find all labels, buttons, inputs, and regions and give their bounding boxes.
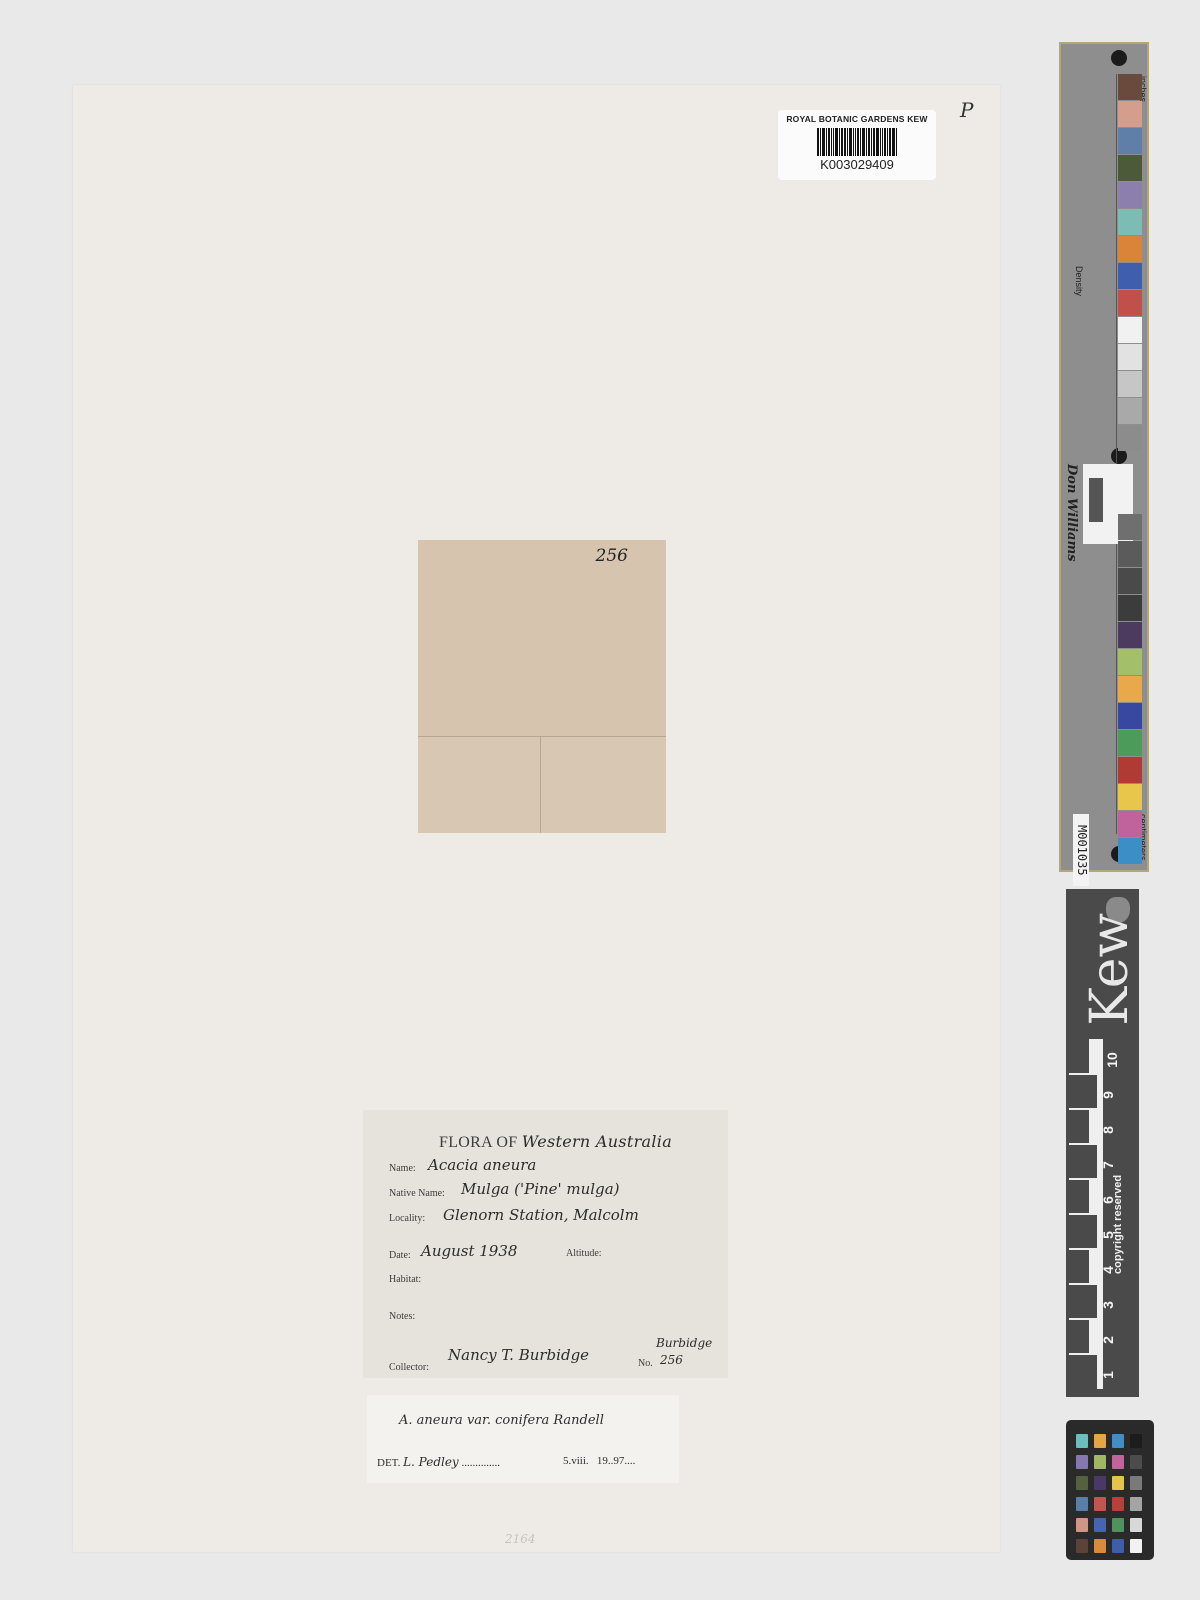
date-value: August 1938 — [421, 1242, 517, 1260]
envelope-number: 256 — [596, 546, 628, 566]
corner-mark: P — [960, 98, 973, 122]
checker-patch — [1130, 1455, 1142, 1469]
envelope-flap — [418, 540, 666, 737]
determiner-name: L. Pedley — [403, 1455, 459, 1469]
checker-patch — [1076, 1539, 1088, 1553]
cm-7: 7 — [1100, 1161, 1116, 1169]
title-printed: FLORA OF — [439, 1134, 517, 1151]
date-field-label: Date: — [389, 1250, 411, 1261]
checker-patch — [1112, 1497, 1124, 1511]
checker-patch — [1094, 1497, 1106, 1511]
native-name-field-label: Native Name: — [389, 1188, 445, 1199]
cm-3: 3 — [1100, 1301, 1116, 1309]
checker-patch — [1112, 1455, 1124, 1469]
checker-patch — [1094, 1539, 1106, 1553]
color-swatch — [1118, 236, 1142, 262]
color-swatch — [1118, 541, 1142, 567]
color-swatch — [1118, 182, 1142, 208]
color-swatch — [1118, 317, 1142, 343]
kew-scale-bar: Kew 1 2 3 4 5 6 7 8 9 10 copyright reser… — [1066, 889, 1139, 1397]
barcode-label: ROYAL BOTANIC GARDENS KEW K003029409 — [778, 110, 936, 180]
number-annotation: Burbidge — [656, 1336, 712, 1350]
checker-patch — [1076, 1497, 1088, 1511]
color-swatch — [1118, 128, 1142, 154]
collector-value: Nancy T. Burbidge — [448, 1346, 589, 1364]
color-checker-card — [1066, 1420, 1154, 1560]
color-swatch — [1118, 784, 1142, 810]
color-swatch — [1118, 398, 1142, 424]
det-day-month: 5.viii. — [563, 1455, 589, 1467]
checker-patch — [1076, 1518, 1088, 1532]
specimen-envelope: 256 — [418, 540, 666, 833]
copyright-text: copyright reserved — [1112, 1175, 1124, 1274]
color-swatch — [1118, 676, 1142, 702]
color-swatch — [1118, 74, 1142, 100]
locality-field-label: Locality: — [389, 1213, 425, 1224]
color-swatch — [1118, 730, 1142, 756]
color-swatch — [1118, 155, 1142, 181]
color-swatch — [1118, 371, 1142, 397]
collection-label: FLORA OF Western Australia Name: Acacia … — [363, 1110, 728, 1378]
name-field-label: Name: — [389, 1163, 416, 1174]
det-year: 97 — [613, 1455, 624, 1467]
color-swatch — [1118, 209, 1142, 235]
strip-brand: Don Williams — [1064, 464, 1079, 562]
color-swatch — [1118, 101, 1142, 127]
cm-9: 9 — [1100, 1091, 1116, 1099]
cm-10: 10 — [1104, 1052, 1120, 1068]
det-year-prefix: 19 — [597, 1455, 608, 1467]
checker-patch — [1076, 1476, 1088, 1490]
dotted-leader: .............. — [461, 1457, 500, 1469]
checker-patch — [1130, 1497, 1142, 1511]
cm-1: 1 — [1100, 1371, 1116, 1379]
title-region: Western Australia — [522, 1132, 672, 1151]
determination-date: 5.viii. 19..97.... — [563, 1455, 635, 1467]
habitat-field-label: Habitat: — [389, 1274, 421, 1285]
altitude-field-label: Altitude: — [566, 1248, 602, 1259]
checker-patch — [1112, 1476, 1124, 1490]
envelope-seam — [540, 736, 541, 833]
determiner-line: DET. L. Pedley .............. — [377, 1455, 500, 1469]
locality-value: Glenorn Station, Malcolm — [443, 1206, 639, 1224]
faint-pencil-number: 2164 — [505, 1532, 536, 1546]
color-swatch — [1118, 595, 1142, 621]
native-name-value: Mulga ('Pine' mulga) — [461, 1180, 620, 1198]
determined-taxon: A. aneura var. conifera Randell — [399, 1413, 604, 1428]
checker-patch — [1112, 1434, 1124, 1448]
color-swatch — [1118, 622, 1142, 648]
color-swatch — [1118, 344, 1142, 370]
density-label: Density — [1074, 266, 1084, 296]
checker-patch — [1094, 1455, 1106, 1469]
color-swatch — [1118, 811, 1142, 837]
color-swatch — [1118, 568, 1142, 594]
color-calibration-strip: inches Density Don Williams M001035 cent… — [1059, 42, 1149, 872]
barcode — [807, 128, 907, 156]
number-value: 256 — [660, 1353, 683, 1367]
cm-ruler — [1069, 1039, 1103, 1389]
density-scale-ticks — [1108, 74, 1117, 834]
kew-logo: Kew — [1080, 913, 1140, 1026]
color-swatch — [1118, 703, 1142, 729]
checker-patch — [1130, 1518, 1142, 1532]
strip-code: M001035 — [1073, 814, 1089, 886]
target-block — [1089, 478, 1103, 522]
institution-name: ROYAL BOTANIC GARDENS KEW — [778, 114, 936, 124]
color-swatch — [1118, 838, 1142, 864]
barcode-number: K003029409 — [778, 157, 936, 172]
number-field-label: No. — [638, 1358, 653, 1369]
name-value: Acacia aneura — [428, 1156, 536, 1174]
checker-patch — [1130, 1539, 1142, 1553]
checker-patch — [1130, 1434, 1142, 1448]
checker-patch — [1094, 1518, 1106, 1532]
notes-field-label: Notes: — [389, 1311, 415, 1322]
checker-patch — [1112, 1539, 1124, 1553]
color-swatch — [1118, 649, 1142, 675]
checker-patch — [1130, 1476, 1142, 1490]
det-label: DET. — [377, 1457, 400, 1469]
label-title: FLORA OF Western Australia — [439, 1132, 672, 1152]
color-swatch — [1118, 757, 1142, 783]
color-swatch — [1118, 425, 1142, 451]
checker-patch — [1112, 1518, 1124, 1532]
cm-2: 2 — [1100, 1336, 1116, 1344]
color-swatch — [1118, 514, 1142, 540]
color-swatch — [1118, 290, 1142, 316]
strip-hole-top — [1111, 50, 1127, 66]
determination-slip: A. aneura var. conifera Randell DET. L. … — [367, 1395, 679, 1483]
checker-patch — [1094, 1434, 1106, 1448]
checker-patch — [1094, 1476, 1106, 1490]
color-swatch — [1118, 263, 1142, 289]
checker-patch — [1076, 1434, 1088, 1448]
checker-patch — [1076, 1455, 1088, 1469]
cm-8: 8 — [1100, 1126, 1116, 1134]
collector-field-label: Collector: — [389, 1362, 429, 1373]
